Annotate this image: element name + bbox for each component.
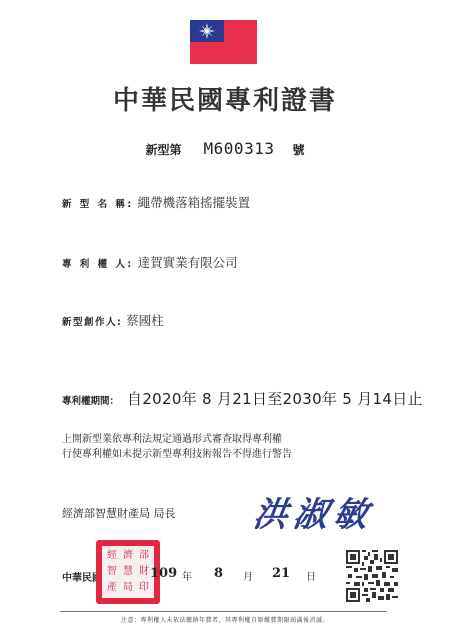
seal-char: 慧 — [121, 566, 136, 578]
patent-number: M600313 — [204, 139, 275, 158]
field-label: 新型創作人: — [62, 317, 122, 328]
notice-line: 行使專利權如未提示新型專利技術報告不得進行警告 — [62, 447, 292, 462]
date-day-unit: 日 — [306, 568, 316, 583]
field-label: 專 利 權 人: — [62, 259, 134, 270]
footer-divider — [60, 611, 387, 612]
field-value: 達賀實業有限公司 — [138, 255, 238, 270]
roc-flag-icon — [190, 20, 257, 64]
seal-char: 印 — [137, 582, 152, 594]
field-label: 新 型 名 稱: — [62, 199, 134, 210]
notice-text: 上開新型業依專利法規定通過形式審查取得專利權 行使專利權如未提示新型專利技術報告… — [62, 432, 292, 462]
qr-code-icon — [346, 550, 398, 602]
seal-char: 局 — [121, 582, 136, 594]
footer-note: 注意：專利權人未依法繳納年費者，其專利權自原繳費期限屆滿後消滅。 — [0, 615, 450, 624]
seal-char: 濟 — [121, 550, 136, 562]
patent-number-line: 新型第M600313號 — [0, 139, 450, 158]
field-value: 蔡國柱 — [126, 313, 164, 328]
flag-canton — [190, 20, 224, 42]
seal-char: 智 — [105, 566, 120, 578]
white-sun-icon — [199, 23, 215, 39]
field-value: 繩帶機落箱搖擺裝置 — [138, 195, 251, 210]
date-day: 21 — [272, 566, 290, 581]
patent-number-prefix: 新型第 — [146, 143, 182, 157]
issuing-office: 經濟部智慧財產局 局長 — [62, 505, 176, 521]
seal-char: 產 — [105, 582, 120, 594]
director-signature: 洪淑敏 — [251, 487, 378, 536]
certificate-title: 中華民國專利證書 — [0, 80, 450, 117]
term-value: 自2020年 8 月21日至2030年 5 月14日止 — [127, 390, 423, 408]
field-creator: 新型創作人: 蔡國柱 — [62, 311, 164, 329]
date-year-unit: 年 — [182, 568, 192, 583]
seal-inner: 經 濟 部 智 慧 財 產 局 印 — [102, 546, 154, 598]
patent-term: 專利權期間：自2020年 8 月21日至2030年 5 月14日止 — [62, 388, 423, 409]
date-month-unit: 月 — [243, 568, 253, 583]
seal-char: 部 — [137, 550, 152, 562]
seal-char: 經 — [105, 550, 120, 562]
patent-number-suffix: 號 — [292, 143, 304, 157]
date-month: 8 — [214, 566, 223, 581]
date-year: 109 — [150, 566, 177, 581]
field-utility-model-name: 新 型 名 稱: 繩帶機落箱搖擺裝置 — [62, 193, 250, 211]
notice-line: 上開新型業依專利法規定通過形式審查取得專利權 — [62, 432, 292, 447]
field-patentee: 專 利 權 人: 達賀實業有限公司 — [62, 253, 238, 271]
term-label: 專利權期間： — [62, 396, 119, 407]
